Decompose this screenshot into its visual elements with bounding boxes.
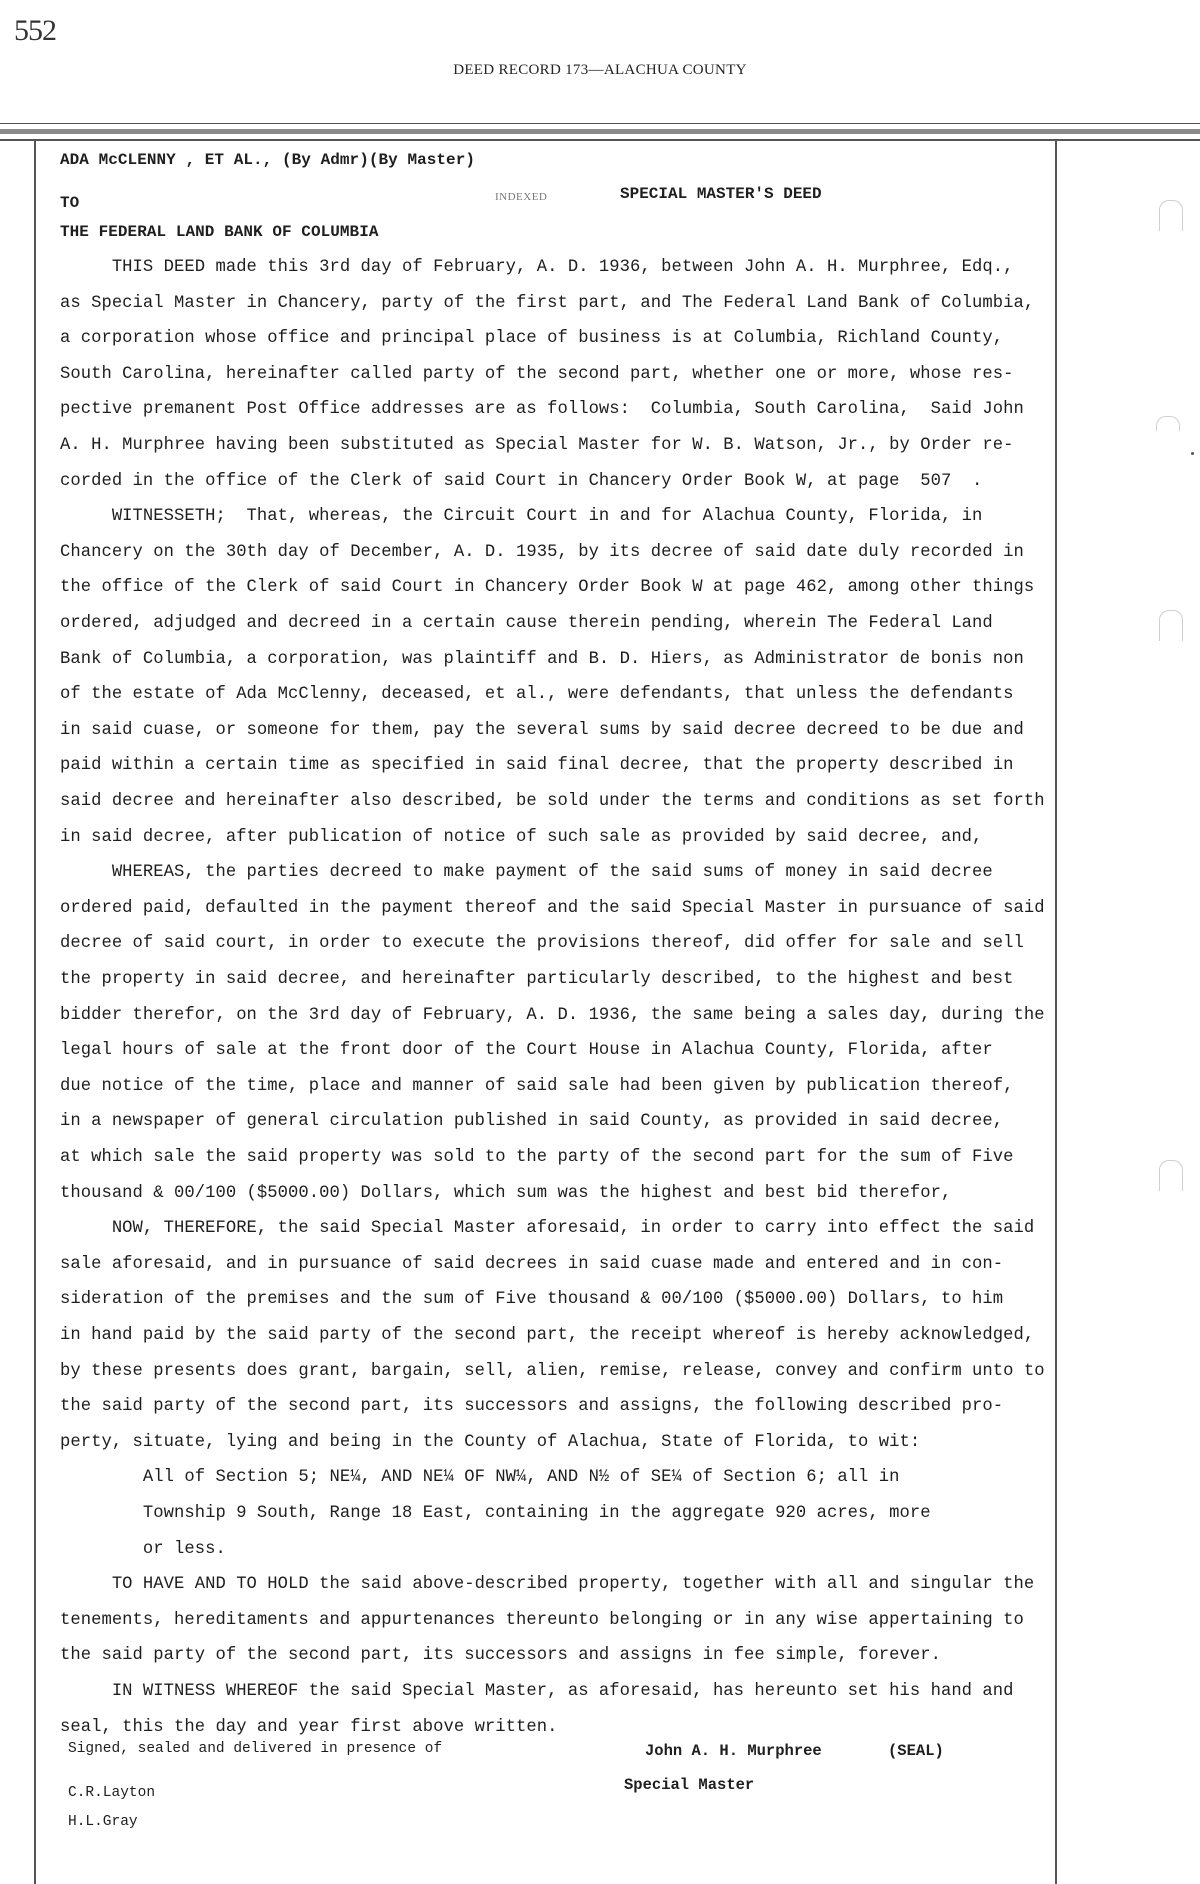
deed-body-line: by these presents does grant, bargain, s…: [60, 1354, 1060, 1390]
deed-body-line: Bank of Columbia, a corporation, was pla…: [60, 642, 1060, 678]
deed-body-line: ordered, adjudged and decreed in a certa…: [60, 606, 1060, 642]
binder-hole-mark: [1159, 200, 1183, 231]
running-head: DEED RECORD 173—ALACHUA COUNTY: [0, 62, 1200, 79]
left-margin-line: [34, 141, 36, 1884]
deed-body-line: perty, situate, lying and being in the C…: [60, 1425, 1060, 1461]
deed-body-line: pective premanent Post Office addresses …: [60, 392, 1060, 428]
speck: [1191, 452, 1194, 455]
deed-body-line: sideration of the premises and the sum o…: [60, 1282, 1060, 1318]
header-rule-middle: [0, 129, 1200, 134]
witness-2: H.L.Gray: [68, 1814, 138, 1830]
grantee-line: THE FEDERAL LAND BANK OF COLUMBIA: [60, 215, 1060, 251]
deed-body-line: tenements, hereditaments and appurtenanc…: [60, 1603, 1060, 1639]
deed-body-line: corded in the office of the Clerk of sai…: [60, 464, 1060, 500]
deed-body-line: at which sale the said property was sold…: [60, 1140, 1060, 1176]
deed-body-line: thousand & 00/100 ($5000.00) Dollars, wh…: [60, 1176, 1060, 1212]
deed-body-line: in a newspaper of general circulation pu…: [60, 1104, 1060, 1140]
deed-body-line: in said cuase, or someone for them, pay …: [60, 713, 1060, 749]
deed-body-line: said decree and hereinafter also describ…: [60, 784, 1060, 820]
deed-body-line: Chancery on the 30th day of December, A.…: [60, 535, 1060, 571]
witness-clause: Signed, sealed and delivered in presence…: [68, 1741, 442, 1757]
deed-body-line: THIS DEED made this 3rd day of February,…: [60, 250, 1060, 286]
deed-body-line: NOW, THEREFORE, the said Special Master …: [60, 1211, 1060, 1247]
deed-body-line: due notice of the time, place and manner…: [60, 1069, 1060, 1105]
deed-body-line: the property in said decree, and hereina…: [60, 962, 1060, 998]
deed-body-line: IN WITNESS WHEREOF the said Special Mast…: [60, 1674, 1060, 1710]
deed-body-line: All of Section 5; NE¼, AND NE¼ OF NW¼, A…: [60, 1460, 1060, 1496]
deed-body-line: as Special Master in Chancery, party of …: [60, 286, 1060, 322]
header-rule-bottom: [0, 139, 1200, 141]
deed-body-line: WHEREAS, the parties decreed to make pay…: [60, 855, 1060, 891]
header-rule-top: [0, 123, 1200, 124]
deed-body-line: a corporation whose office and principal…: [60, 321, 1060, 357]
deed-body-line: decree of said court, in order to execut…: [60, 926, 1060, 962]
indexed-stamp: INDEXED: [495, 191, 547, 203]
deed-body-line: ordered paid, defaulted in the payment t…: [60, 891, 1060, 927]
deed-body-line: WITNESSETH; That, whereas, the Circuit C…: [60, 499, 1060, 535]
deed-body-line: in said decree, after publication of not…: [60, 820, 1060, 856]
deed-body-line: sale aforesaid, and in pursuance of said…: [60, 1247, 1060, 1283]
page-number: 552: [14, 14, 56, 48]
deed-body-line: legal hours of sale at the front door of…: [60, 1033, 1060, 1069]
deed-body-line: of the estate of Ada McClenny, deceased,…: [60, 677, 1060, 713]
signer-name: John A. H. Murphree: [645, 1742, 822, 1760]
deed-body-line: in hand paid by the said party of the se…: [60, 1318, 1060, 1354]
signer-title: Special Master: [624, 1776, 754, 1794]
deed-body-line: the said party of the second part, its s…: [60, 1389, 1060, 1425]
deed-body-line: the said party of the second part, its s…: [60, 1638, 1060, 1674]
deed-body-line: bidder therefor, on the 3rd day of Febru…: [60, 998, 1060, 1034]
binder-hole-mark: [1156, 416, 1180, 431]
witness-1: C.R.Layton: [68, 1785, 155, 1801]
deed-body-line: TO HAVE AND TO HOLD the said above-descr…: [60, 1567, 1060, 1603]
binder-hole-mark: [1159, 1160, 1183, 1191]
deed-body-line: or less.: [60, 1532, 1060, 1568]
grantor-line: ADA McCLENNY , ET AL., (By Admr)(By Mast…: [60, 143, 1060, 179]
instrument-title: SPECIAL MASTER'S DEED: [620, 185, 822, 203]
deed-body-line: the office of the Clerk of said Court in…: [60, 570, 1060, 606]
deed-body-line: Township 9 South, Range 18 East, contain…: [60, 1496, 1060, 1532]
deed-body-line: South Carolina, hereinafter called party…: [60, 357, 1060, 393]
deed-body-line: A. H. Murphree having been substituted a…: [60, 428, 1060, 464]
deed-body-line: seal, this the day and year first above …: [60, 1710, 1060, 1746]
seal-mark: (SEAL): [888, 1742, 944, 1760]
deed-body-line: paid within a certain time as specified …: [60, 748, 1060, 784]
binder-hole-mark: [1159, 610, 1183, 641]
